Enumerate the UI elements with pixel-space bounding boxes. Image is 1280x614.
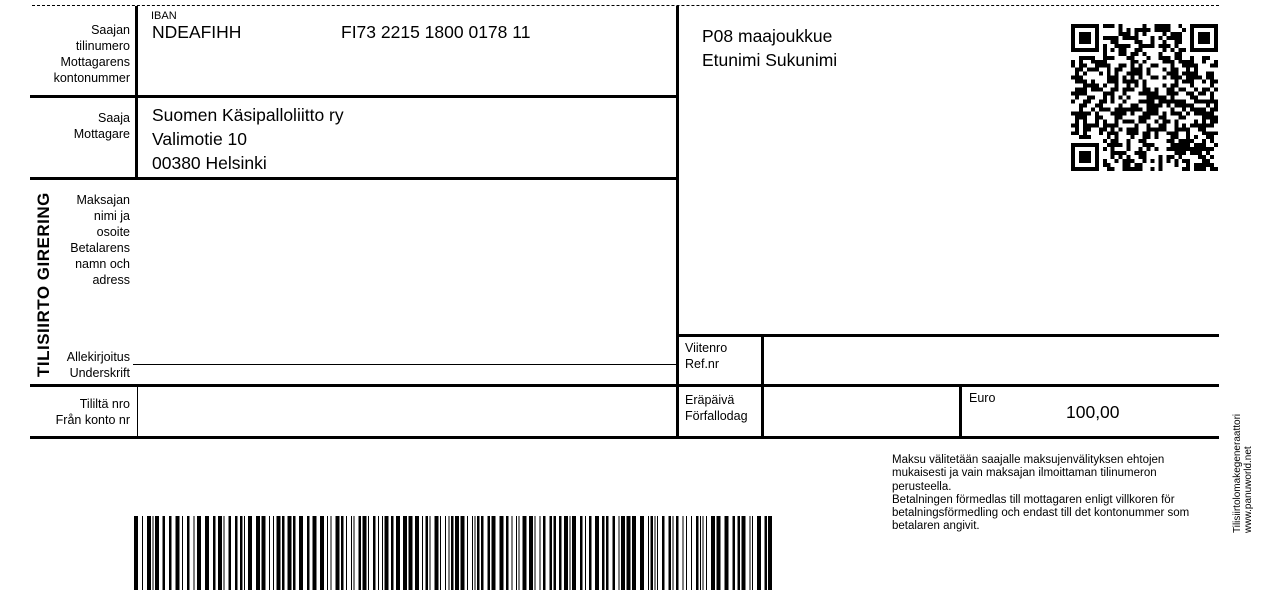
form-title: TILISIIRTO GIRERING bbox=[34, 192, 54, 377]
payer-field[interactable] bbox=[152, 190, 662, 340]
recipient-city: 00380 Helsinki bbox=[152, 151, 267, 175]
due-date-label: Eräpäivä Förfallodag bbox=[685, 392, 748, 424]
amount-value[interactable]: 100,00 bbox=[1066, 400, 1120, 424]
reference-field[interactable] bbox=[776, 347, 1206, 377]
signature-line bbox=[133, 364, 678, 365]
divider bbox=[135, 6, 138, 178]
divider bbox=[959, 385, 962, 437]
barcode-icon bbox=[134, 516, 772, 590]
message-line-1: P08 maajoukkue bbox=[702, 24, 832, 48]
reference-label: Viitenro Ref.nr bbox=[685, 340, 727, 372]
divider bbox=[137, 386, 138, 437]
recipient-street: Valimotie 10 bbox=[152, 127, 247, 151]
divider bbox=[30, 436, 1219, 439]
credit-text: Tilisiirtolomakegeneraattori www.panuwor… bbox=[1232, 414, 1254, 533]
divider bbox=[678, 334, 1219, 337]
qr-code-icon bbox=[1071, 24, 1218, 171]
divider bbox=[676, 6, 679, 437]
recipient-name: Suomen Käsipalloliitto ry bbox=[152, 103, 344, 127]
signature-label: Allekirjoitus Underskrift bbox=[67, 349, 130, 381]
cut-line bbox=[32, 5, 1219, 6]
terms-note: Maksu välitetään saajalle maksujenvälity… bbox=[892, 454, 1212, 534]
message-line-2: Etunimi Sukunimi bbox=[702, 48, 837, 72]
due-date-field[interactable] bbox=[776, 400, 946, 430]
recipient-label: Saaja Mottagare bbox=[74, 110, 130, 142]
from-account-field[interactable] bbox=[152, 398, 662, 428]
recipient-account-label: Saajan tilinumero Mottagarens kontonumme… bbox=[54, 22, 130, 86]
divider bbox=[30, 384, 1219, 387]
divider bbox=[30, 95, 678, 98]
payer-label: Maksajan nimi ja osoite Betalarens namn … bbox=[70, 192, 130, 288]
bic-value: NDEAFIHH bbox=[152, 20, 241, 44]
amount-label: Euro bbox=[969, 390, 995, 406]
divider bbox=[761, 335, 764, 437]
iban-value: FI73 2215 1800 0178 11 bbox=[341, 20, 530, 44]
from-account-label: Tililtä nro Från konto nr bbox=[56, 396, 130, 428]
divider bbox=[30, 177, 678, 180]
